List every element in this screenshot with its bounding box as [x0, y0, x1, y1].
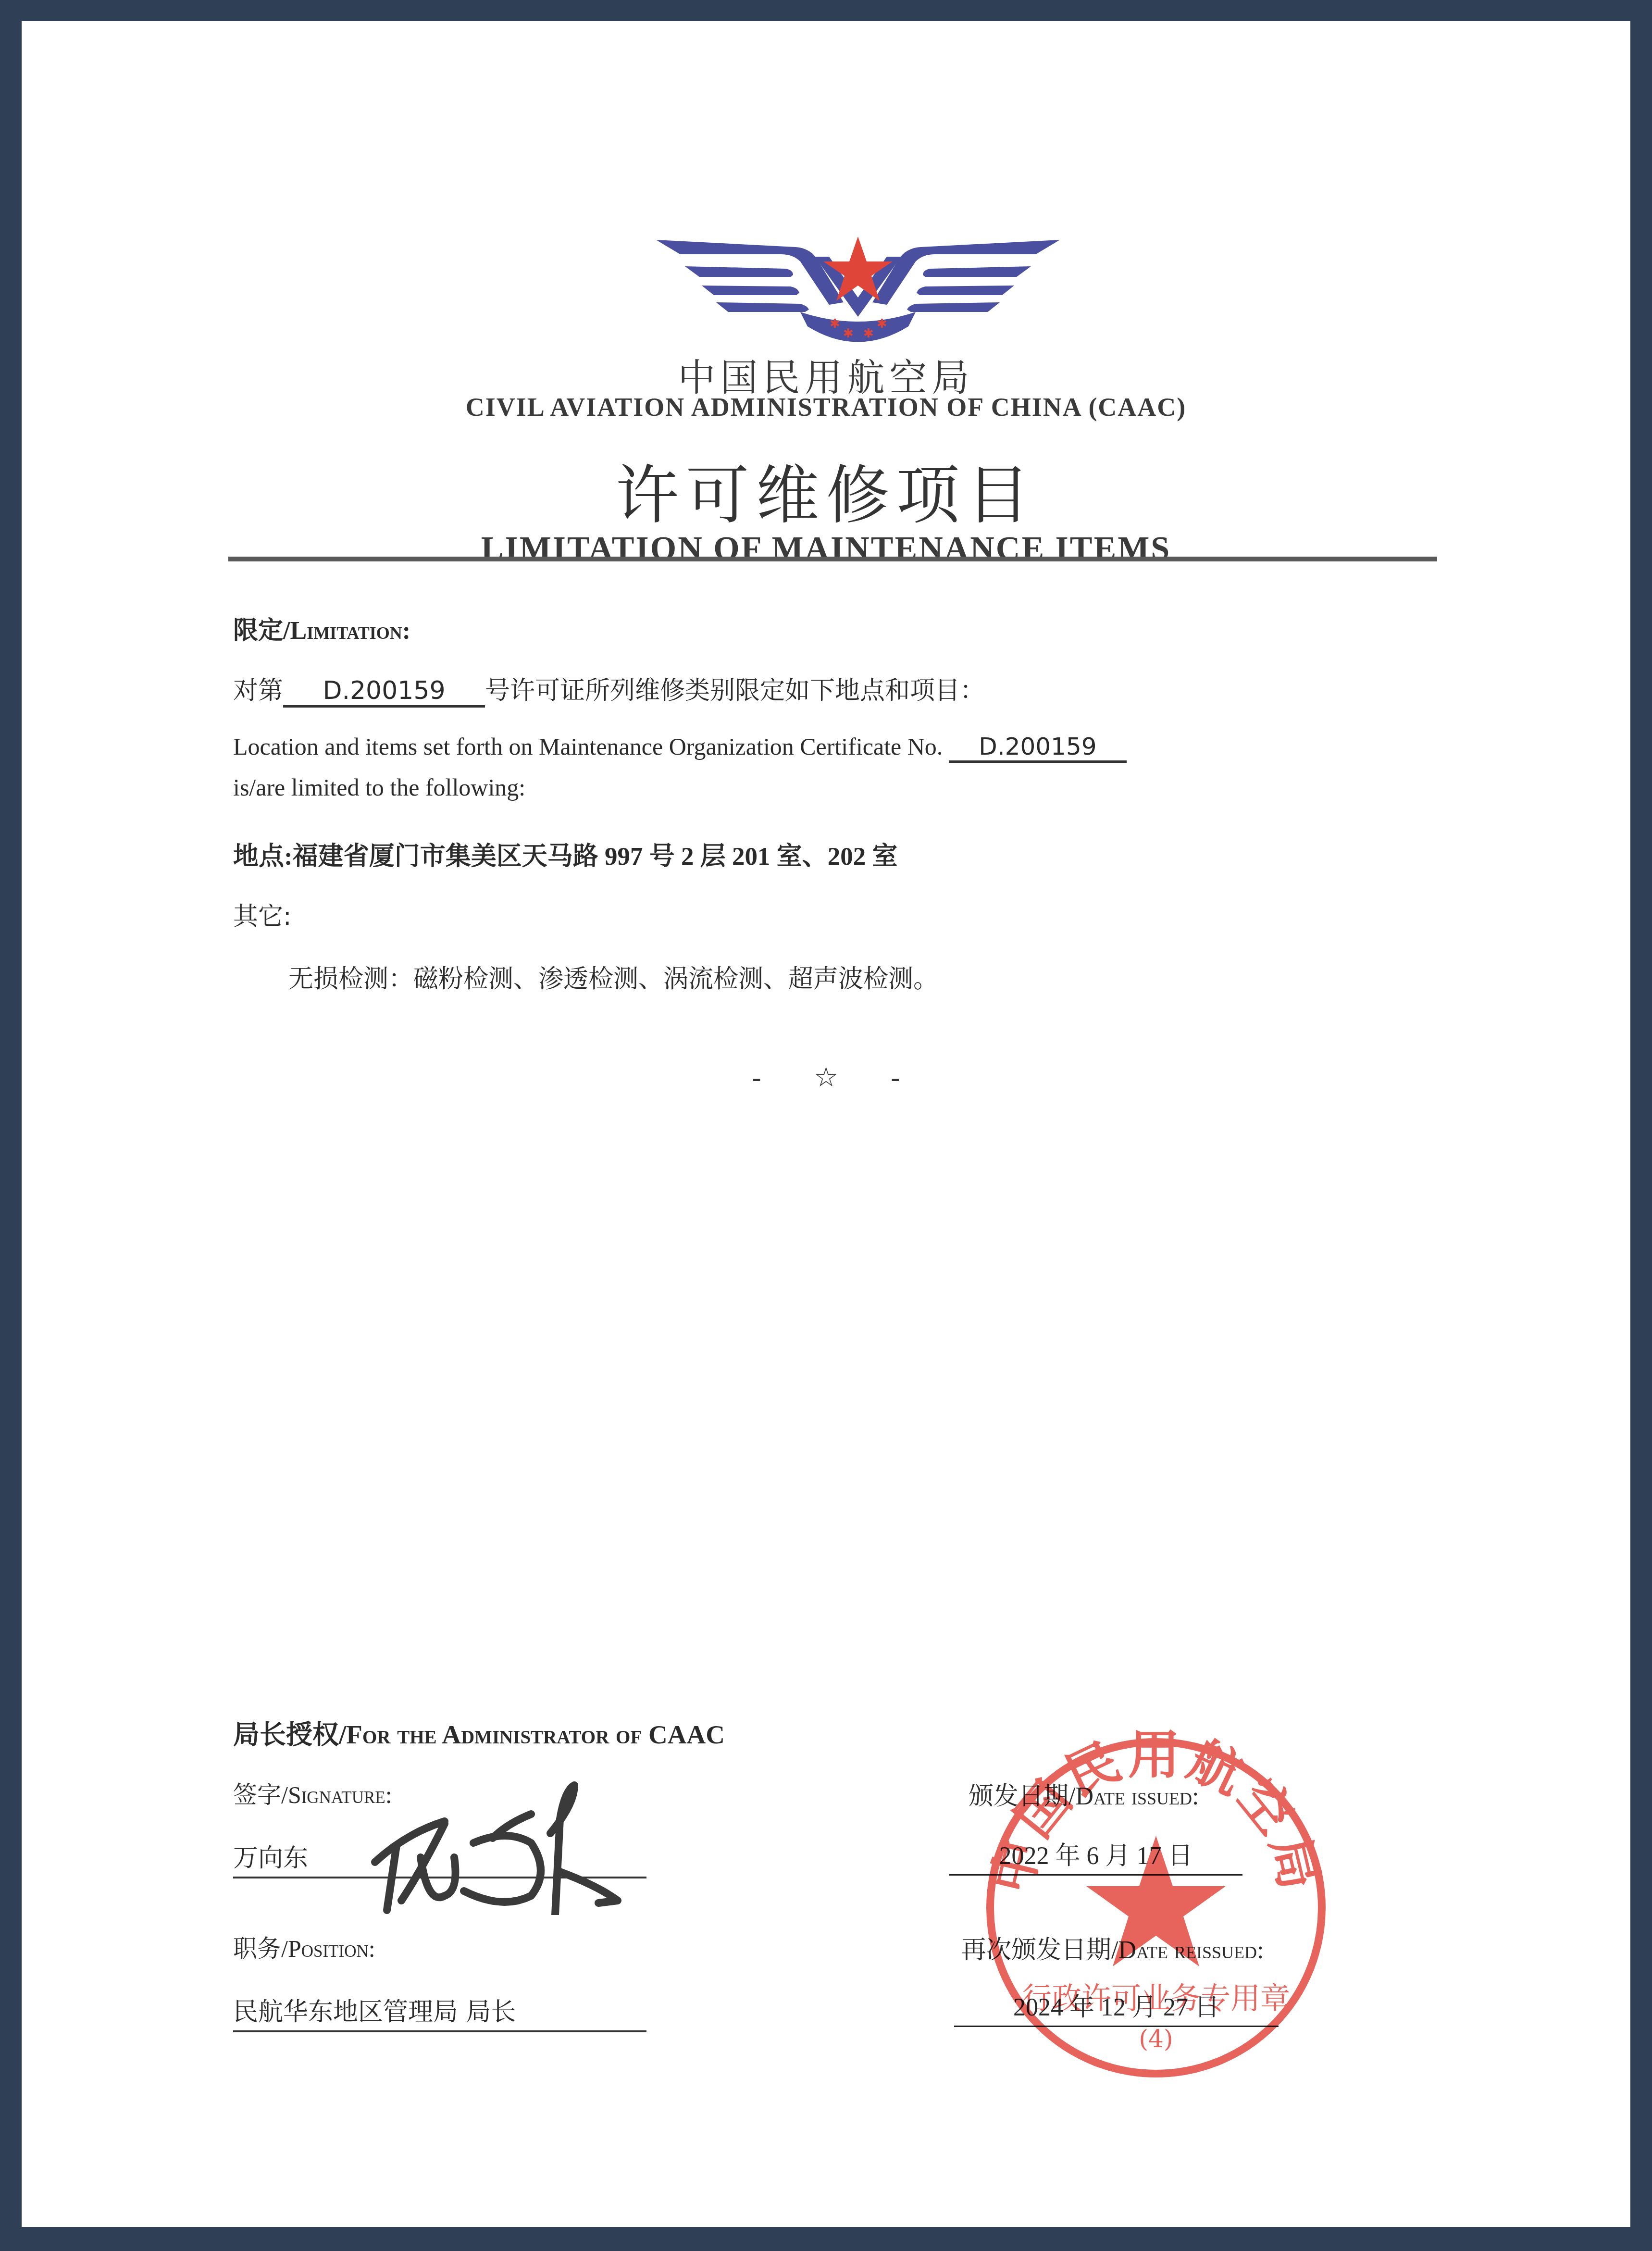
caac-logo-icon: ✱ ✱ ✱ ✱ [646, 213, 1069, 353]
star-outline-icon: ☆ [814, 1063, 838, 1093]
cert-line-en: Location and items set forth on Maintena… [233, 733, 1127, 763]
other-label: 其它: [233, 896, 292, 932]
svg-text:✱: ✱ [877, 317, 887, 331]
title-divider [228, 557, 1437, 561]
svg-text:✱: ✱ [830, 317, 840, 331]
position-value: 民航华东地区管理局 局长 [233, 1990, 646, 2032]
end-dash-left: - [752, 1063, 761, 1093]
document-title-cn: 许可维修项目 [22, 444, 1630, 535]
certificate-page: ✱ ✱ ✱ ✱ 中国民用航空局 CIVIL AVIATION ADMINISTR… [22, 21, 1630, 2227]
limitation-label: 限定/Limitation: [233, 610, 410, 646]
official-seal-stamp: 中国民用航空局 行政许可业务专用章 (4) [969, 1716, 1343, 2090]
cert-line-cn: 对第D.200159号许可证所列维修类别限定如下地点和项目： [233, 670, 985, 708]
ndt-items: 无损检测：磁粉检测、渗透检测、涡流检测、超声波检测。 [288, 958, 938, 995]
administrator-label: 局长授权/For the Administrator of CAAC [233, 1713, 725, 1751]
end-dash-right: - [891, 1063, 900, 1093]
date-reissued-label: 再次颁发日期/Date reissued: [961, 1929, 1264, 1965]
org-name-en: CIVIL AVIATION ADMINISTRATION OF CHINA (… [22, 392, 1630, 422]
cert-number-cn: D.200159 [283, 676, 485, 708]
handwritten-signature [348, 1776, 675, 1915]
cert-text-en: Location and items set forth on Maintena… [233, 733, 943, 760]
cert-suffix-cn: 号许可证所列维修类别限定如下地点和项目： [485, 676, 985, 705]
position-label: 职务/Position: [233, 1929, 375, 1964]
date-reissued-value: 2024 年 12 月 27 日 [954, 1987, 1279, 2027]
stamp-number: (4) [1139, 2025, 1173, 2053]
document-title-en: LIMITATION OF MAINTENANCE ITEMS [22, 530, 1630, 568]
cert-prefix-cn: 对第 [233, 676, 283, 705]
cert-text-en-line2: is/are limited to the following: [233, 773, 525, 801]
date-issued-label: 颁发日期/Date issued: [969, 1776, 1199, 1812]
cert-number-en: D.200159 [949, 733, 1127, 763]
svg-text:✱: ✱ [863, 326, 874, 341]
location-line: 地点:福建省厦门市集美区天马路 997 号 2 层 201 室、202 室 [233, 836, 897, 872]
svg-text:✱: ✱ [843, 326, 854, 341]
end-mark: -☆- [22, 1062, 1630, 1093]
date-issued-value: 2022 年 6 月 17 日 [949, 1836, 1242, 1876]
